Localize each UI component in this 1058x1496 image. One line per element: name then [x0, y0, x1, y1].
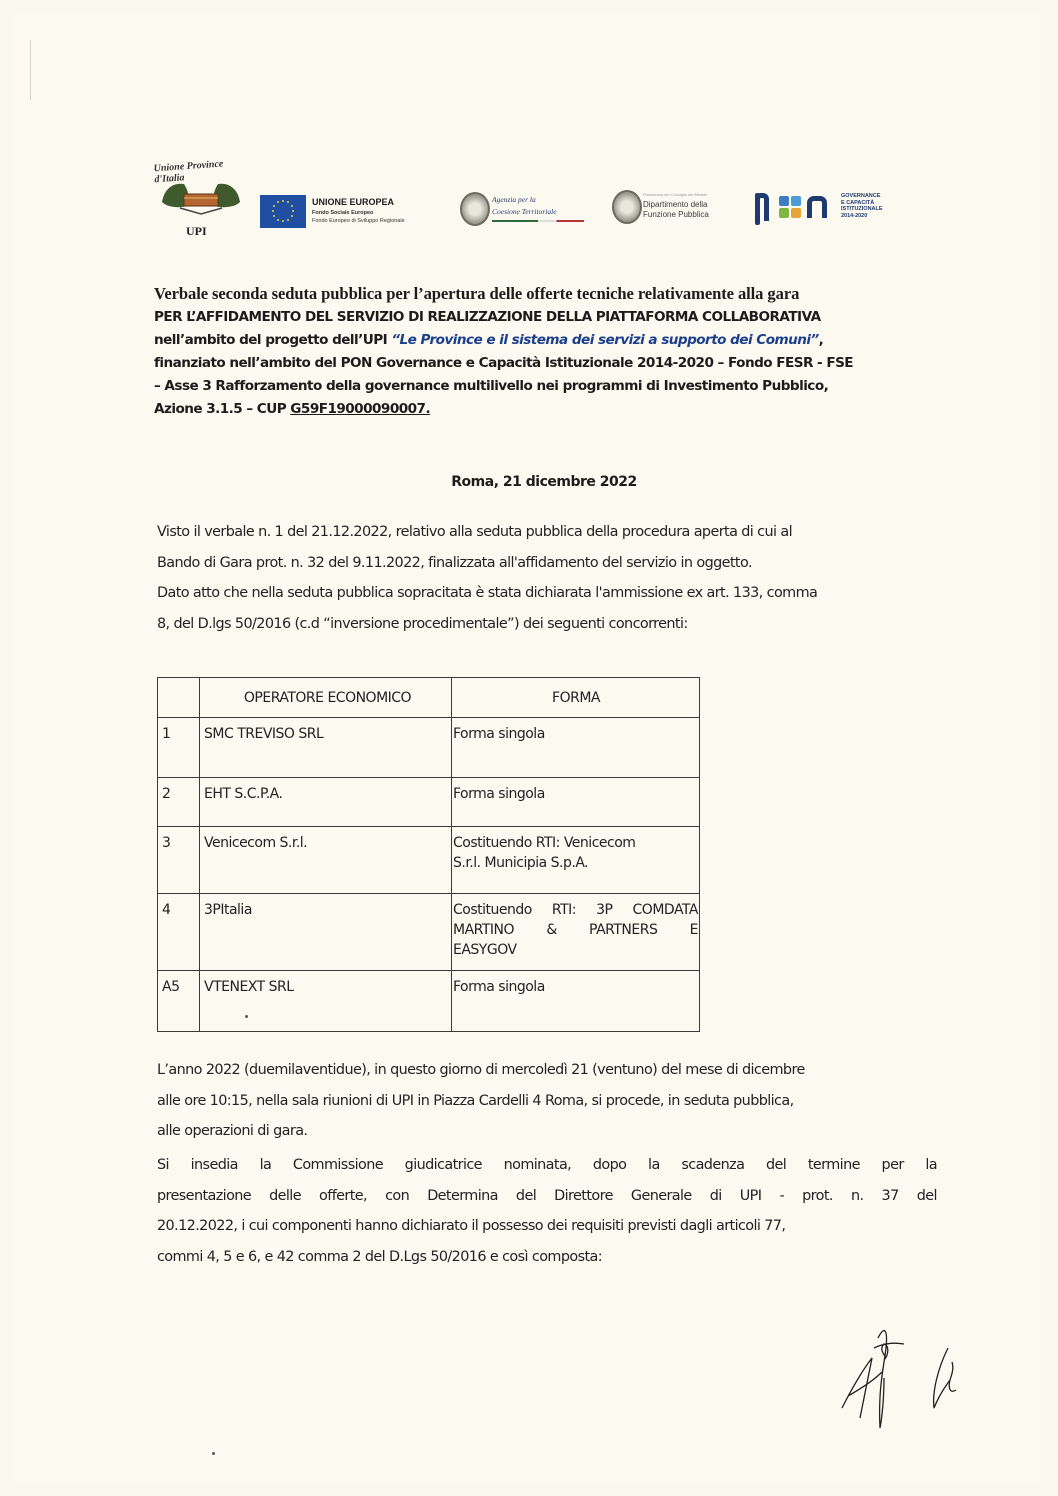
eu-star-icon: [282, 200, 284, 202]
agenzia-coesione-logo: Agenzia per la Coesione Territoriale: [458, 188, 588, 233]
word: UPI: [740, 1181, 762, 1212]
word: dopo: [593, 1150, 626, 1181]
tricolor-bar: [492, 220, 584, 222]
eu-subtitle-fse: Fondo Sociale Europeo: [312, 210, 373, 216]
row-num: 3: [162, 833, 199, 853]
intro-line-4: 8, del D.lgs 50/2016 (c.d “inversione pr…: [157, 609, 937, 640]
row-forma-line: MARTINO&PARTNERSE: [453, 920, 698, 940]
heading-line-6: Azione 3.1.5 – CUP G59F19000090007.: [154, 398, 932, 421]
dfp-text: Dipartimento della Funzione Pubblica: [643, 200, 709, 220]
header-num: [158, 678, 200, 718]
heading-line-1: Verbale seconda seduta pubblica per l’ap…: [154, 282, 932, 306]
row-forma-line: S.r.l. Municipia S.p.A.: [453, 853, 699, 873]
commission-line-4: commi 4, 5 e 6, e 42 comma 2 del D.Lgs 5…: [157, 1242, 937, 1273]
word: Direttore: [554, 1181, 613, 1212]
word: la: [260, 1150, 272, 1181]
table-row: 2 EHT S.C.P.A. Forma singola: [158, 778, 700, 827]
session-paragraph: L’anno 2022 (duemilaventidue), in questo…: [157, 1055, 937, 1147]
word: PARTNERS: [589, 920, 657, 940]
row-num: 4: [162, 900, 199, 920]
table-row: 3 Venicecom S.r.l. Costituendo RTI: Veni…: [158, 827, 700, 894]
row-forma-line: Costituendo RTI: Venicecom: [453, 833, 699, 853]
row-num: A5: [162, 977, 199, 997]
word: del: [917, 1181, 937, 1212]
word: di: [710, 1181, 722, 1212]
row-operatore: 3PItalia: [204, 900, 451, 920]
dfp-line2: Funzione Pubblica: [643, 210, 709, 220]
row-forma: Forma singola: [453, 784, 699, 804]
word: Determina: [427, 1181, 498, 1212]
eu-subtitle-fesr: Fondo Europeo di Sviluppo Regionale: [312, 218, 405, 224]
dfp-mini-text: Presidenza del Consiglio dei Ministri: [643, 192, 707, 197]
word: delle: [269, 1181, 301, 1212]
word: Costituendo: [453, 900, 532, 920]
upi-logo: Unione Province d'Italia UPI: [150, 160, 250, 242]
eu-star-icon: [277, 201, 279, 203]
word: insedia: [191, 1150, 238, 1181]
word: -: [779, 1181, 784, 1212]
header-forma: FORMA: [452, 678, 700, 718]
row-forma-line: EASYGOV: [453, 940, 698, 960]
handwritten-signature: [838, 1318, 988, 1438]
heading-line-3-prefix: nell’ambito del progetto dell’UPI: [154, 332, 391, 348]
header-operatore: OPERATORE ECONOMICO: [200, 678, 452, 718]
pon-square-lightblue: [791, 196, 801, 206]
scan-speck: [212, 1452, 215, 1455]
word: del: [766, 1150, 786, 1181]
agenzia-line1: Agenzia per la: [492, 194, 557, 206]
funzione-pubblica-logo: Presidenza del Consiglio dei Ministri Di…: [610, 188, 745, 233]
table-header-row: OPERATORE ECONOMICO FORMA: [158, 678, 700, 718]
word: termine: [808, 1150, 860, 1181]
row-forma: Forma singola: [453, 724, 699, 744]
pon-line4: 2014-2020: [841, 213, 883, 220]
word: n.: [851, 1181, 864, 1212]
eu-logo: UNIONE EUROPEA Fondo Sociale Europeo Fon…: [260, 195, 430, 231]
row-operatore: SMC TREVISO SRL: [204, 724, 451, 744]
table-row: 4 3PItalia CostituendoRTI:3PCOMDATA MART…: [158, 894, 700, 971]
word: giudicatrice: [405, 1150, 482, 1181]
pon-square-blue: [779, 196, 789, 206]
pon-p-stem: [755, 193, 760, 225]
heading-line-2: PER L’AFFIDAMENTO DEL SERVIZIO DI REALIZ…: [154, 306, 932, 329]
scan-artifact: [30, 40, 31, 100]
heading-line-3: nell’ambito del progetto dell’UPI “Le Pr…: [154, 329, 932, 352]
word: 37: [882, 1181, 899, 1212]
pon-n-glyph: [807, 196, 827, 218]
word: COMDATA: [633, 900, 698, 920]
word: del: [516, 1181, 536, 1212]
table-row: 1 SMC TREVISO SRL Forma singola: [158, 718, 700, 778]
intro-paragraph: Visto il verbale n. 1 del 21.12.2022, re…: [157, 517, 937, 639]
upi-crest-icon: [158, 176, 244, 216]
word: presentazione: [157, 1181, 251, 1212]
eu-star-icon: [292, 210, 294, 212]
pon-line3: ISTITUZIONALE: [841, 206, 883, 213]
scan-speck: [245, 1015, 248, 1018]
commission-line-1: SiinsedialaCommissionegiudicatricenomina…: [157, 1150, 937, 1181]
word: la: [925, 1150, 937, 1181]
row-operatore: VTENEXT SRL: [204, 977, 451, 997]
word: 3P: [596, 900, 612, 920]
session-line-2: alle ore 10:15, nella sala riunioni di U…: [157, 1086, 937, 1117]
row-forma: Forma singola: [453, 977, 699, 997]
eu-star-icon: [273, 215, 275, 217]
document-heading: Verbale seconda seduta pubblica per l’ap…: [154, 282, 932, 421]
agenzia-text: Agenzia per la Coesione Territoriale: [492, 194, 557, 218]
word: nominata,: [504, 1150, 572, 1181]
commission-line-3: 20.12.2022, i cui componenti hanno dichi…: [157, 1211, 937, 1242]
row-operatore: EHT S.C.P.A.: [204, 784, 451, 804]
word: E: [690, 920, 698, 940]
pon-square-orange: [791, 208, 801, 218]
row-num: 1: [162, 724, 199, 744]
heading-line-3-suffix: ,: [819, 332, 824, 348]
document-date: Roma, 21 dicembre 2022: [0, 474, 1058, 490]
commission-paragraph: SiinsedialaCommissionegiudicatricenomina…: [157, 1150, 937, 1272]
word: la: [648, 1150, 660, 1181]
row-operatore: Venicecom S.r.l.: [204, 833, 451, 853]
session-line-1: L’anno 2022 (duemilaventidue), in questo…: [157, 1055, 937, 1086]
row-forma: CostituendoRTI:3PCOMDATA MARTINO&PARTNER…: [453, 900, 699, 960]
eu-star-icon: [287, 201, 289, 203]
word: con: [385, 1181, 409, 1212]
intro-line-2: Bando di Gara prot. n. 32 del 9.11.2022,…: [157, 548, 937, 579]
upi-label: UPI: [186, 224, 207, 239]
eu-star-icon: [287, 219, 289, 221]
logo-header: Unione Province d'Italia UPI UNIONE EURO…: [0, 160, 1058, 240]
word: scadenza: [681, 1150, 744, 1181]
session-line-3: alle operazioni di gara.: [157, 1116, 937, 1147]
word: prot.: [802, 1181, 833, 1212]
eu-star-icon: [277, 219, 279, 221]
word: RTI:: [552, 900, 576, 920]
dfp-line1: Dipartimento della: [643, 200, 709, 210]
word: MARTINO: [453, 920, 514, 940]
row-forma: Costituendo RTI: Venicecom S.r.l. Munici…: [453, 833, 699, 873]
eu-star-icon: [291, 205, 293, 207]
word: Commissione: [293, 1150, 383, 1181]
agenzia-line2: Coesione Territoriale: [492, 206, 557, 218]
word: Si: [157, 1150, 169, 1181]
pon-line1: GOVERNANCE: [841, 193, 883, 200]
operators-table: OPERATORE ECONOMICO FORMA 1 SMC TREVISO …: [157, 677, 700, 1032]
row-forma-line: CostituendoRTI:3PCOMDATA: [453, 900, 698, 920]
heading-line-6-prefix: Azione 3.1.5 – CUP: [154, 401, 290, 417]
intro-line-3: Dato atto che nella seduta pubblica sopr…: [157, 578, 937, 609]
eu-flag-icon: [260, 195, 306, 228]
eu-star-icon: [291, 215, 293, 217]
eu-star-icon: [282, 220, 284, 222]
pon-text: GOVERNANCE E CAPACITÀ ISTITUZIONALE 2014…: [841, 193, 883, 219]
eu-title: UNIONE EUROPEA: [312, 197, 394, 207]
eu-star-icon: [273, 205, 275, 207]
row-num: 2: [162, 784, 199, 804]
cup-code: G59F19000090007.: [290, 401, 430, 417]
heading-line-5: – Asse 3 Rafforzamento della governance …: [154, 375, 932, 398]
italian-republic-emblem-icon: [460, 192, 490, 226]
pon-logo: GOVERNANCE E CAPACITÀ ISTITUZIONALE 2014…: [755, 190, 915, 226]
pon-square-green: [779, 208, 789, 218]
word: offerte,: [319, 1181, 367, 1212]
word: per: [882, 1150, 904, 1181]
heading-line-4: finanziato nell’ambito del PON Governanc…: [154, 352, 932, 375]
commission-line-2: presentazionedelleofferte,conDeterminade…: [157, 1181, 937, 1212]
table-row: A5 VTENEXT SRL Forma singola: [158, 971, 700, 1032]
word: &: [546, 920, 556, 940]
project-title-quote: “Le Province e il sistema dei servizi a …: [391, 332, 818, 348]
italian-republic-emblem-icon: [612, 190, 642, 224]
word: Generale: [631, 1181, 692, 1212]
intro-line-1: Visto il verbale n. 1 del 21.12.2022, re…: [157, 517, 937, 548]
eu-star-icon: [272, 210, 274, 212]
